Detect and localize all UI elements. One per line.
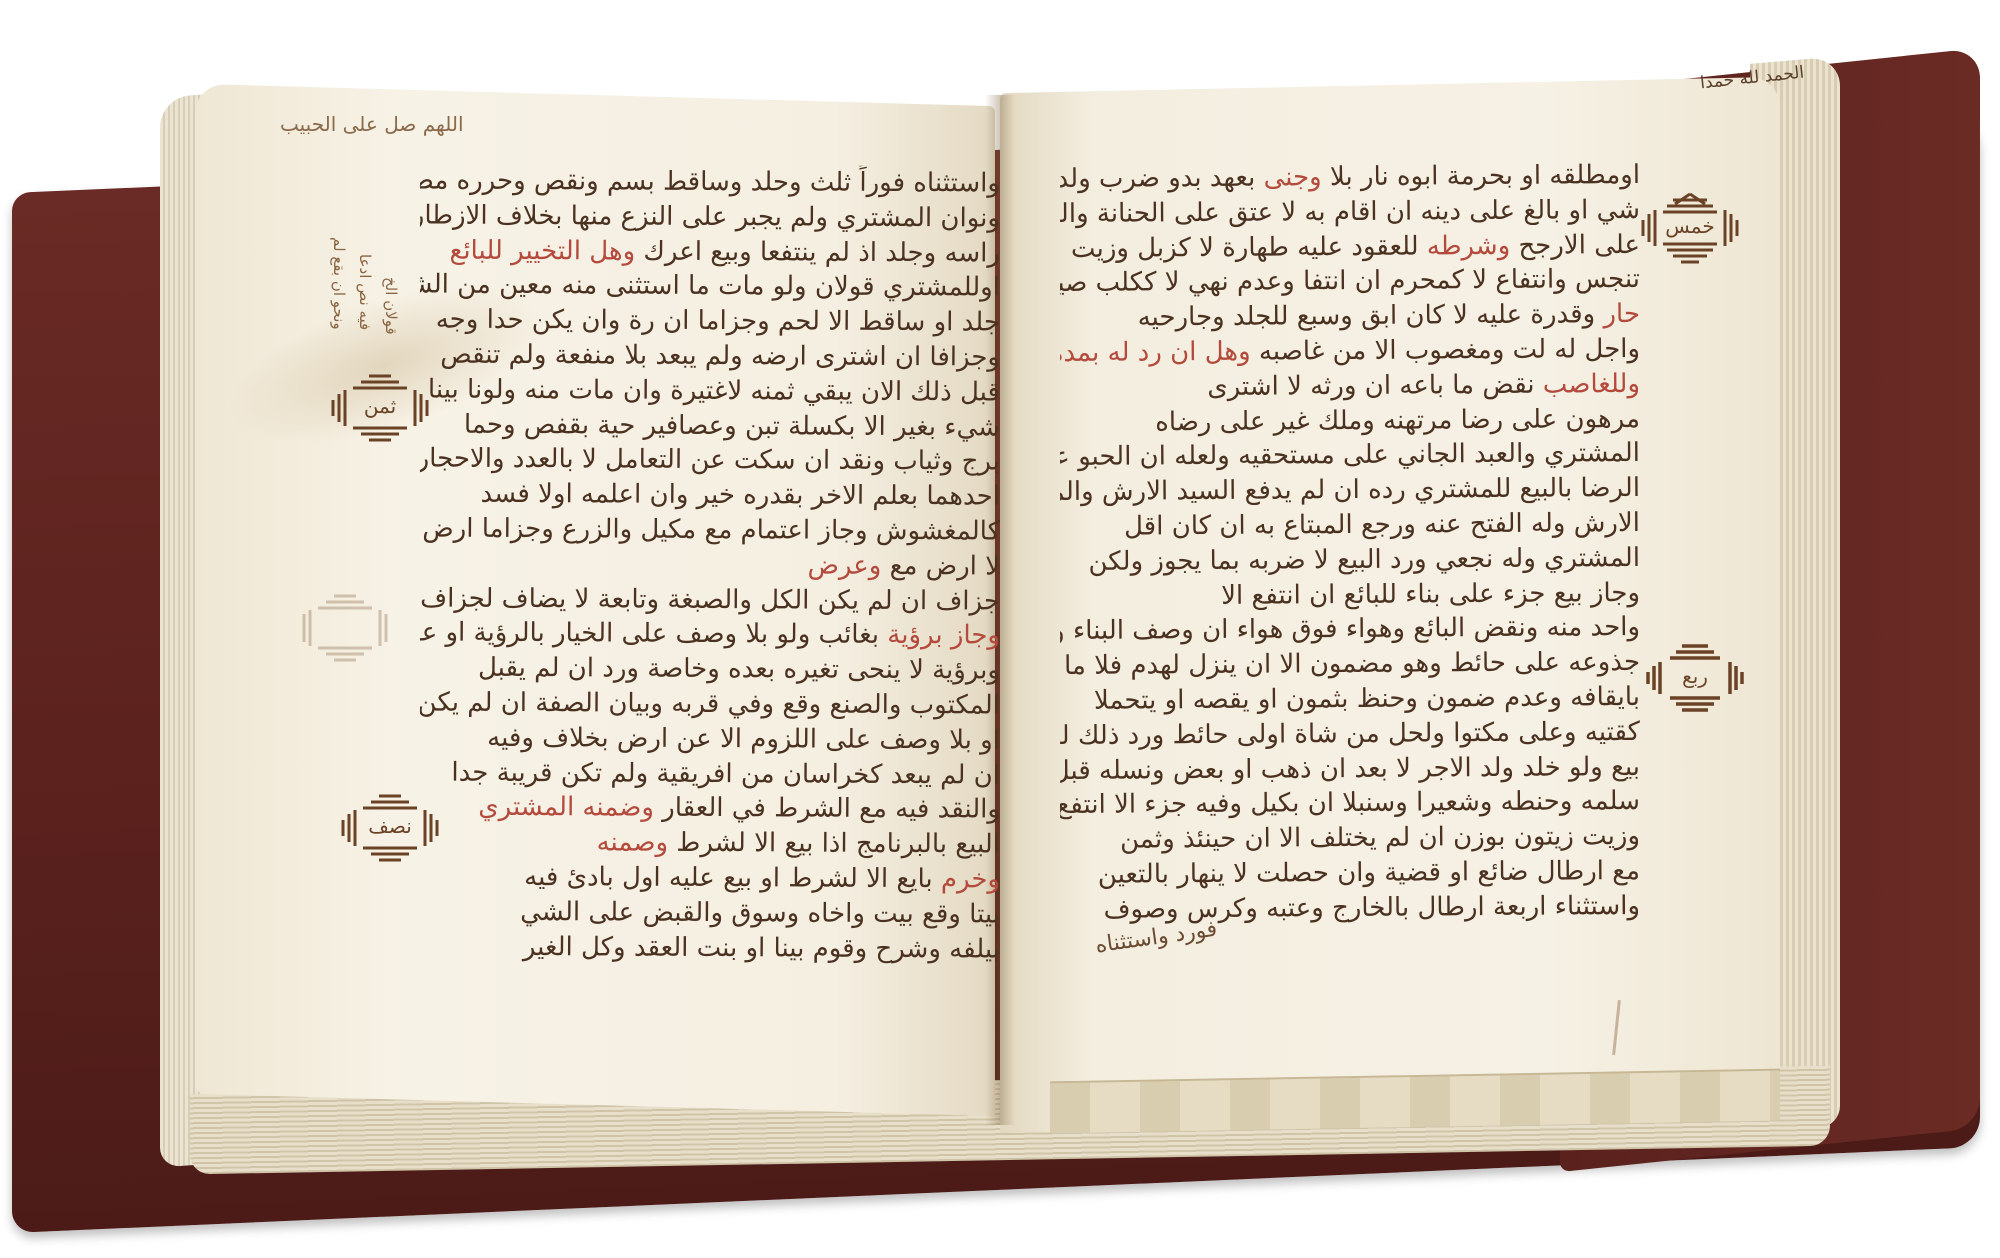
left-page-text: واستثناه فوراً ثلث وحلد وساقط بسم ونقص و… <box>420 165 1000 965</box>
manuscript-photo: اللهم صل على الحبيب ونحو ان بقع لم فيه ن… <box>0 0 2000 1258</box>
text-line: واستثناه فوراً ثلث وحلد وساقط بسم ونقص و… <box>420 163 1000 201</box>
text-line: مع ارطال ضائع او قضية وان حصلت لا ينهار … <box>1060 854 1640 893</box>
rubric: وهل التخيير للبائع <box>449 235 635 266</box>
right-page-text: اومطلقه او بحرمة ابوه نار بلا وجنى بعهد … <box>1060 160 1640 926</box>
text-line: اوللمشتري قولان ولو مات ما استثنى منه مع… <box>420 268 1000 306</box>
hizb-medallion-icon: ثمن <box>325 370 435 446</box>
rubric: وشرطه <box>1427 230 1511 261</box>
text-line: بيتا وقع بيت واخاه وسوق والقبض على الشي <box>420 894 1000 932</box>
text-line: المشتري والعبد الجاني على مستحقيه ولعله … <box>1060 436 1640 475</box>
text-line: كالمغشوش وجاز اعتمام مع مكيل والزرع وجزا… <box>420 511 1000 549</box>
text-line: على الارجح وشرطه للعقود عليه طهارة لا كز… <box>1060 228 1640 267</box>
rubric: وهل ان رد له بمدة <box>1060 337 1251 368</box>
medallion-label: خمس <box>1635 214 1745 238</box>
text-line: بايقافه وعدم ضمون وحنظ بثمون او يقصه او … <box>1060 680 1640 719</box>
text-line: قبل ذلك الان يبقي ثمنه لاغتيرة وان مات م… <box>420 372 1000 410</box>
rubric: وجاز برؤية <box>887 620 1000 651</box>
text-line: شيء بغير الا بكسلة تبن وعصافير حية بقفص … <box>420 407 1000 445</box>
header-invocation: اللهم صل على الحبيب <box>280 112 464 136</box>
text-line: احدهما بعلم الاخر بقدره خير وان اعلمه او… <box>420 477 1000 515</box>
text-line: جزاف ان لم يكن الكل والصبغة وتابعة لا يض… <box>420 581 1000 619</box>
text-line: وجزافا ان اشترى ارضه ولم يبعد بلا منفعة … <box>420 337 1000 375</box>
medallion-label: نصف <box>335 814 445 838</box>
hizb-medallion-icon: نصف <box>335 790 445 866</box>
text-line: المشتري وله نجعي ورد البيع لا ضربه بما ي… <box>1060 541 1640 580</box>
rubric: وصمنه <box>597 828 669 858</box>
medallion-label: ربع <box>1640 664 1750 688</box>
hizb-medallion-icon: خمس <box>1635 190 1745 266</box>
text-line: بيلفه وشرح وقوم بينا او بنت العقد وكل ال… <box>420 929 1000 967</box>
text-line: جلد او ساقط الا لحم وجزاما ان رة وان يكن… <box>420 303 1000 341</box>
margin-note: ونحو ان بقع لم <box>330 200 348 330</box>
rubric: وللغاصب <box>1543 369 1640 400</box>
text-line: او بلا وصف على اللزوم الا عن ارض بخلاف و… <box>420 720 1000 758</box>
rubric: حار <box>1603 299 1640 329</box>
text-line: كقتيه وعلى مكتوا ولحل من شاة اولى حائط و… <box>1060 715 1640 754</box>
diamond-ornament-icon <box>290 590 400 666</box>
text-line: وبرؤية لا ينحى تغيره بعده وخاصة ورد ان ل… <box>420 651 1000 689</box>
text-line: لا ارض مع وعرض <box>420 546 1000 584</box>
text-line: الارش وله الفتح عنه ورجع المبتاع به ان ك… <box>1060 506 1640 545</box>
margin-note: قولان الخ <box>382 205 400 335</box>
medallion-label: ثمن <box>325 394 435 418</box>
text-line: تنجس وانتفاع لا كمحرم ان انتفا وعدم نهي … <box>1060 262 1640 301</box>
text-line: راسه وجلد اذ لم ينتفعا وبيع اعرك وهل الت… <box>420 233 1000 271</box>
text-line: ان لم يبعد كخراسان من افريقية ولم تكن قر… <box>420 755 1000 793</box>
text-line: شي او بالغ على دينه ان اقام به لا عتق عل… <box>1060 193 1640 232</box>
hizb-medallion-icon: ربع <box>1640 640 1750 716</box>
text-line: وخرم بايع الا لشرط او بيع عليه اول بادئ … <box>420 859 1000 897</box>
text-line: المكتوب والصنع وقع وفي قربه وبيان الصفة … <box>420 685 1000 723</box>
text-line: حار وقدرة عليه لا كان ابق وسبع للجلد وجا… <box>1060 297 1640 336</box>
text-line: مرهون على رضا مرتهنه وملك غير على رضاه <box>1060 402 1640 441</box>
text-line: سلمه وحنطه وشعيرا وسنبلا ان بكيل وفيه جز… <box>1060 784 1640 823</box>
rubric: وضمنه المشتري <box>478 792 654 823</box>
text-line: برج وثياب ونقد ان سكت عن التعامل لا بالع… <box>420 442 1000 480</box>
text-line: وجاز برؤية بغائب ولو بلا وصف على الخيار … <box>420 616 1000 654</box>
text-line: واحد منه ونقض البائع وهواء فوق هواء ان و… <box>1060 610 1640 649</box>
rubric: وعرض <box>807 550 881 580</box>
text-line: واجل له لت ومغصوب الا من غاصبه وهل ان رد… <box>1060 332 1640 371</box>
text-line: الرضا بالبيع للمشتري رده ان لم يدفع السي… <box>1060 471 1640 510</box>
text-line: وزيت زيتون بوزن ان لم يختلف الا ان حينئذ… <box>1060 819 1640 858</box>
text-line: اومطلقه او بحرمة ابوه نار بلا وجنى بعهد … <box>1060 158 1640 197</box>
text-line: ونوان المشتري ولم يجبر على النزع منها بخ… <box>420 198 1000 236</box>
text-line: واستثناء اربعة ارطال بالخارج وعتبه وكرس … <box>1060 889 1640 928</box>
faded-medallion-icon <box>290 590 400 666</box>
rubric: وجنى <box>1263 162 1321 192</box>
text-line: البيع بالبرنامج اذا بيع الا لشرط وصمنه <box>420 825 1000 863</box>
text-line: والنقد فيه مع الشرط في العقار وضمنه المش… <box>420 790 1000 828</box>
text-line: وجاز بيع جزء على بناء للبائع ان انتفع ال… <box>1060 576 1640 615</box>
text-line: وللغاصب نقض ما باعه ان ورثه لا اشترى <box>1060 367 1640 406</box>
margin-note: فيه نص ادعا <box>356 200 374 330</box>
text-line: بيع ولو خلد ولد الاجر لا بعد ان ذهب او ب… <box>1060 750 1640 789</box>
rubric: وخرم <box>941 864 1000 894</box>
text-line: جذوعه على حائط وهو مضمون الا ان ينزل لهد… <box>1060 645 1640 684</box>
